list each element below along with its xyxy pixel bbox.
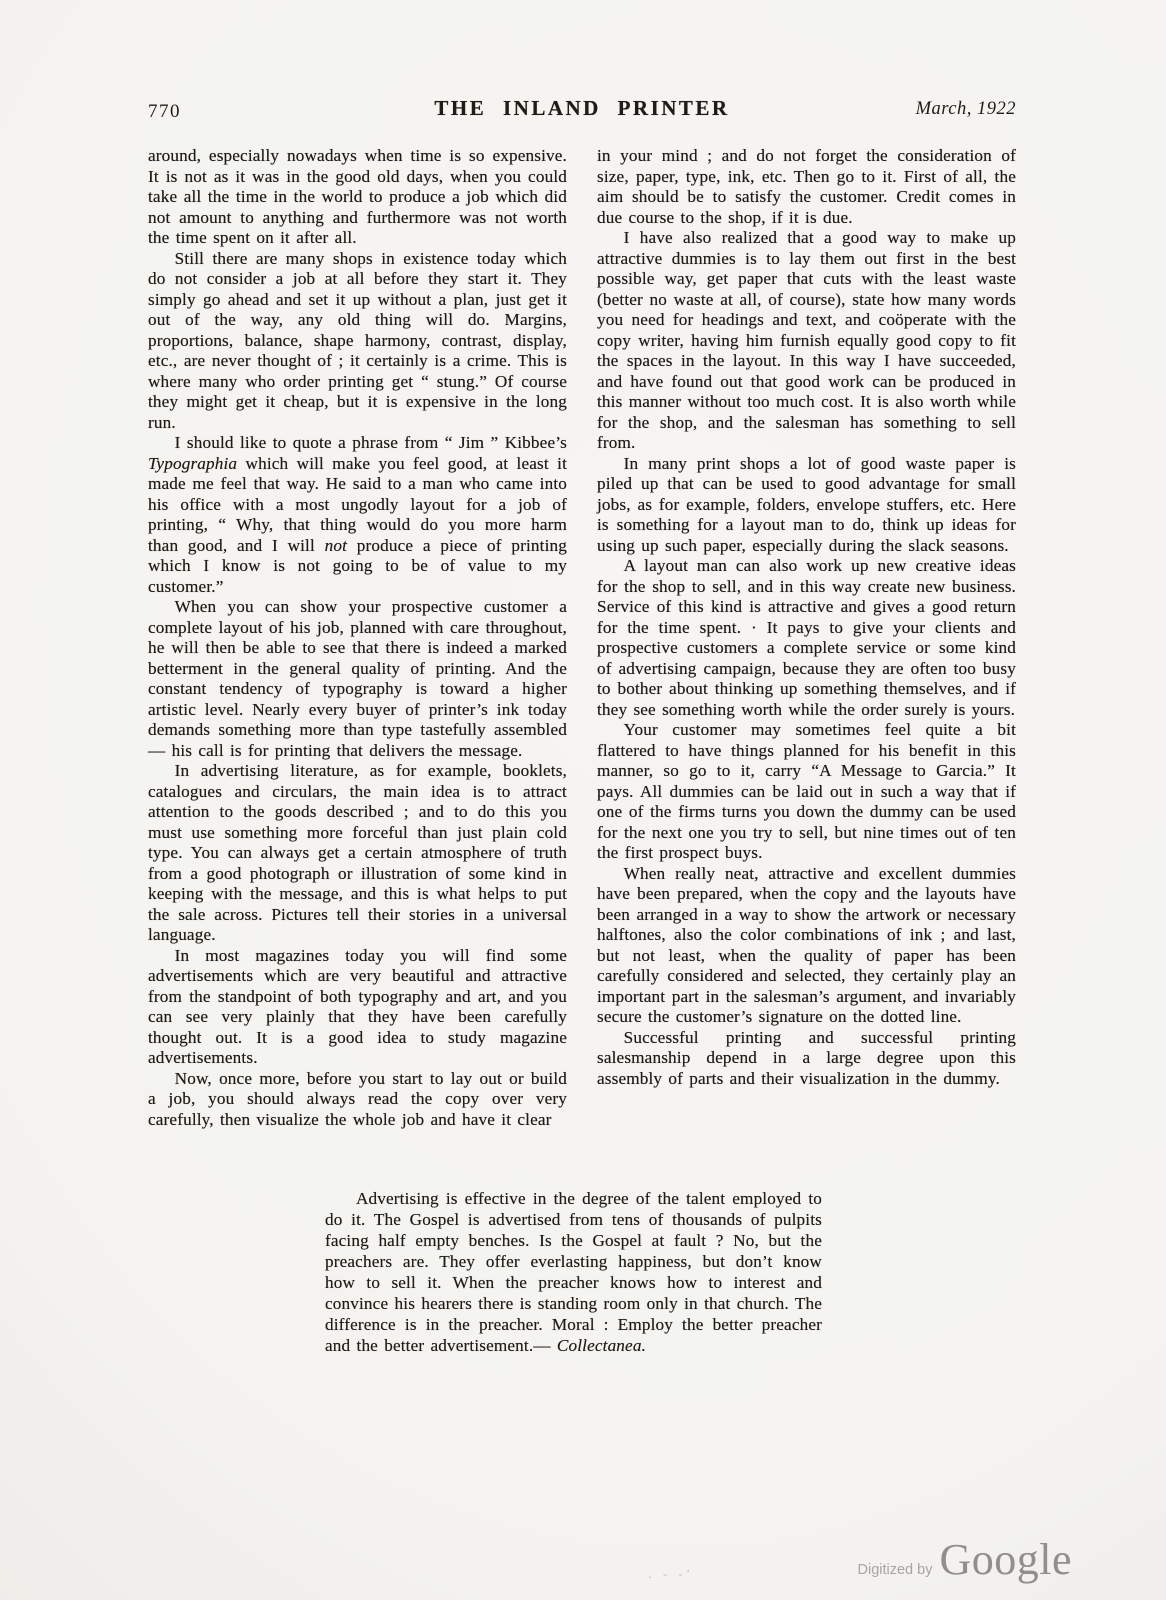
right-column: in your mind ; and do not forget the con… xyxy=(597,146,1016,1148)
article-columns: around, especially nowadays when time is… xyxy=(148,146,1016,1148)
watermark-label: Digitized by xyxy=(858,1562,933,1578)
paragraph: When really neat, attractive and excelle… xyxy=(597,864,1016,1028)
paragraph: In advertising literature, as for exampl… xyxy=(148,761,567,946)
page-content: 770 THE INLAND PRINTER March, 1922 aroun… xyxy=(148,96,1016,1356)
paragraph: When you can show your prospective custo… xyxy=(148,597,567,761)
paragraph: Now, once more, before you start to lay … xyxy=(148,1069,567,1131)
page-number: 770 xyxy=(148,101,181,123)
closing-anecdote: Advertising is effective in the degree o… xyxy=(325,1188,822,1356)
issue-date: March, 1922 xyxy=(916,99,1016,120)
paragraph: A layout man can also work up new creati… xyxy=(597,556,1016,720)
paragraph: in your mind ; and do not forget the con… xyxy=(597,146,1016,228)
digitization-watermark: Digitized by Google xyxy=(858,1538,1072,1582)
journal-title: THE INLAND PRINTER xyxy=(434,96,729,121)
paragraph: In most magazines today you will find so… xyxy=(148,946,567,1069)
paragraph: I have also realized that a good way to … xyxy=(597,228,1016,454)
left-column: around, especially nowadays when time is… xyxy=(148,146,567,1148)
paragraph: Your customer may sometimes feel quite a… xyxy=(597,720,1016,864)
page-header: 770 THE INLAND PRINTER March, 1922 xyxy=(148,96,1016,130)
magazine-page: 770 THE INLAND PRINTER March, 1922 aroun… xyxy=(0,0,1166,1600)
google-logo: Google xyxy=(939,1538,1072,1582)
paragraph: Successful printing and successful print… xyxy=(597,1028,1016,1090)
paragraph: In many print shops a lot of good waste … xyxy=(597,454,1016,557)
scan-artifact-marks: . - -’ xyxy=(648,1568,694,1581)
paragraph: Still there are many shops in existence … xyxy=(148,249,567,434)
paragraph: around, especially nowadays when time is… xyxy=(148,146,567,249)
paragraph: I should like to quote a phrase from “ J… xyxy=(148,433,567,597)
